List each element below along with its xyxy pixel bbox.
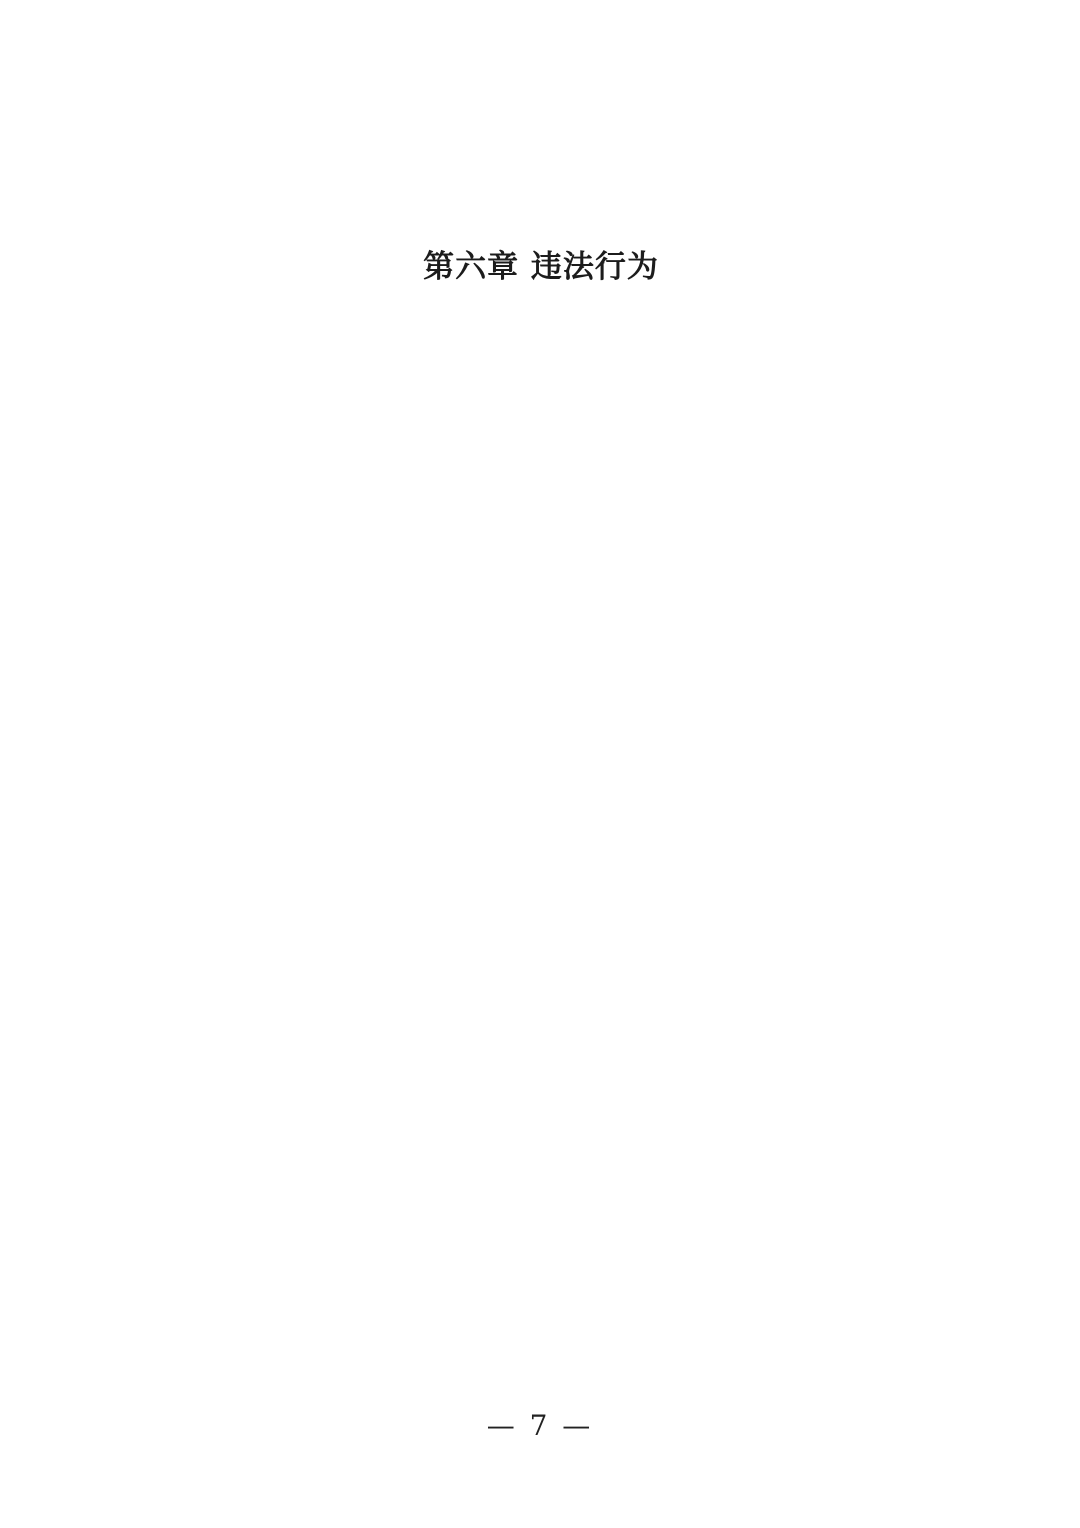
- document-page: 第六章 违法行为 — 7 —: [0, 0, 1080, 1528]
- page-number: — 7 —: [0, 1410, 1080, 1442]
- chapter-heading: 第六章 违法行为: [137, 240, 945, 294]
- document-body: 第六章 违法行为: [137, 183, 945, 294]
